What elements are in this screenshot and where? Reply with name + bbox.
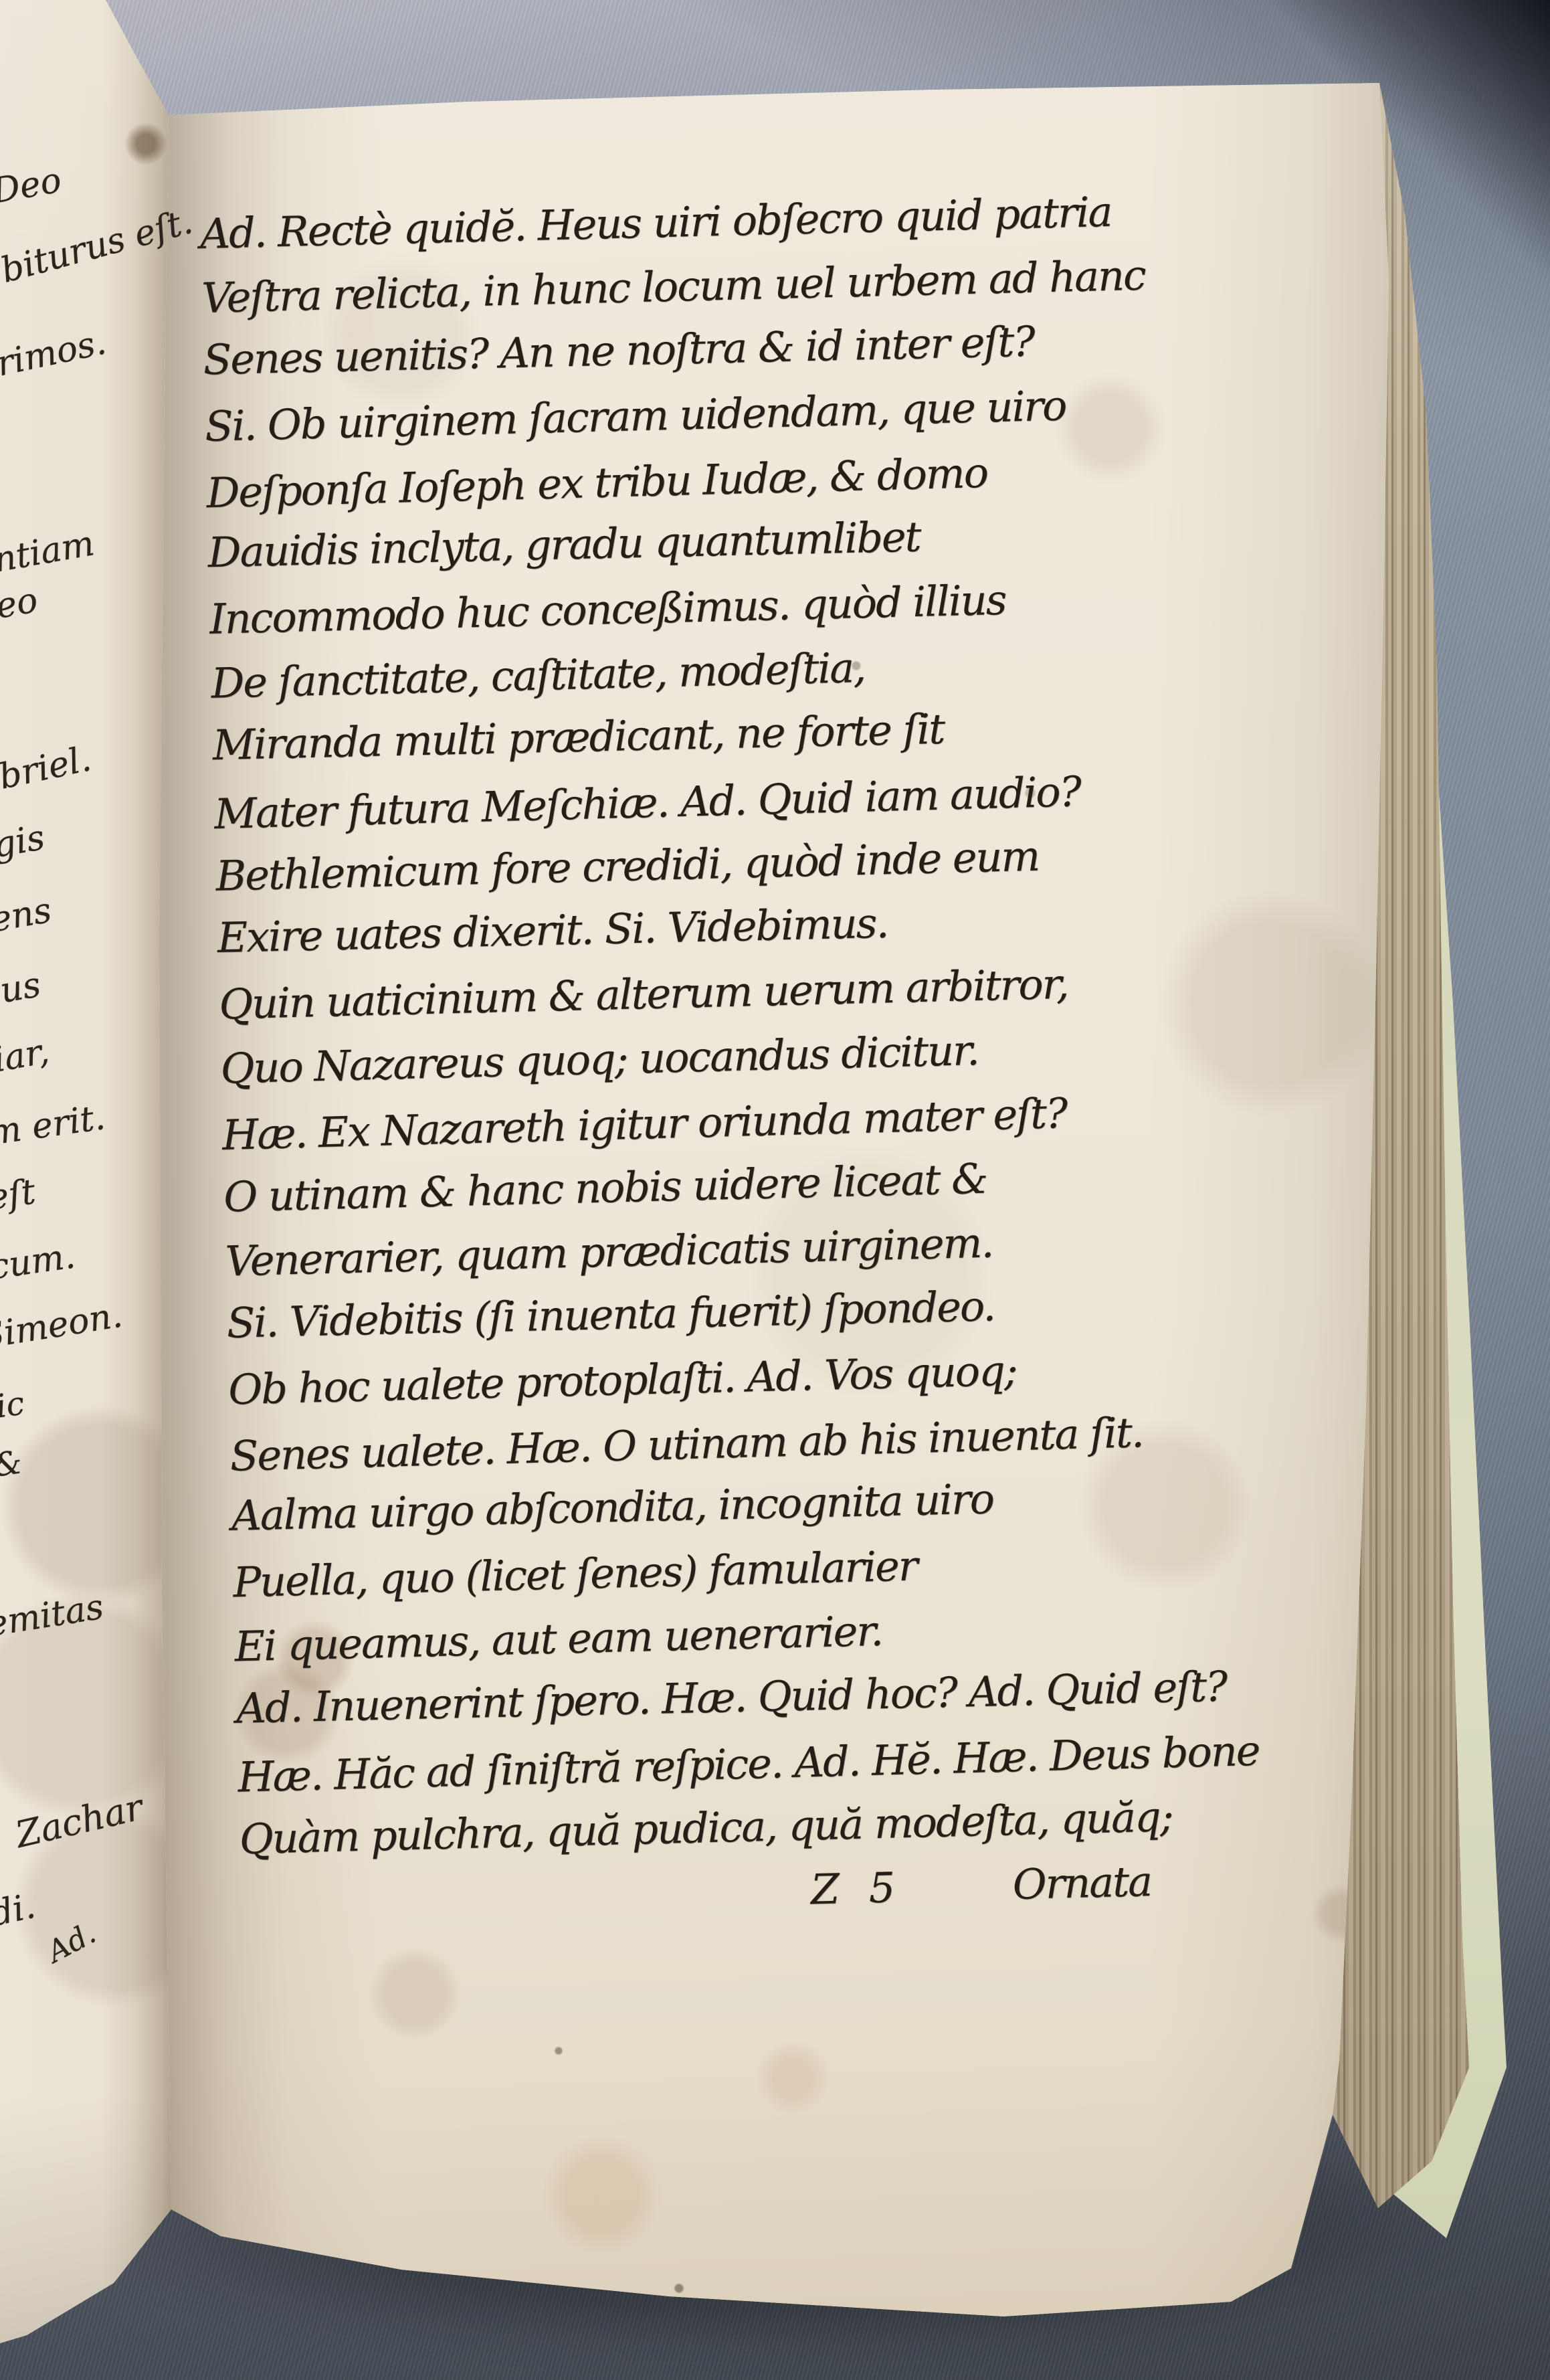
gathering-signature: Z 5 <box>810 1855 895 1922</box>
facing-page-text-fragment: eſt <box>0 1172 38 1218</box>
facing-page-text-fragment: eo <box>0 580 41 627</box>
book-photo: Deo biturus eſt. rimos. ntiam eo briel. … <box>0 0 1550 2380</box>
catchword: Ornata <box>1012 1849 1153 1917</box>
page-text: Ad. Rectè quidĕ. Heus uiri obſecro quid … <box>199 177 1285 1936</box>
